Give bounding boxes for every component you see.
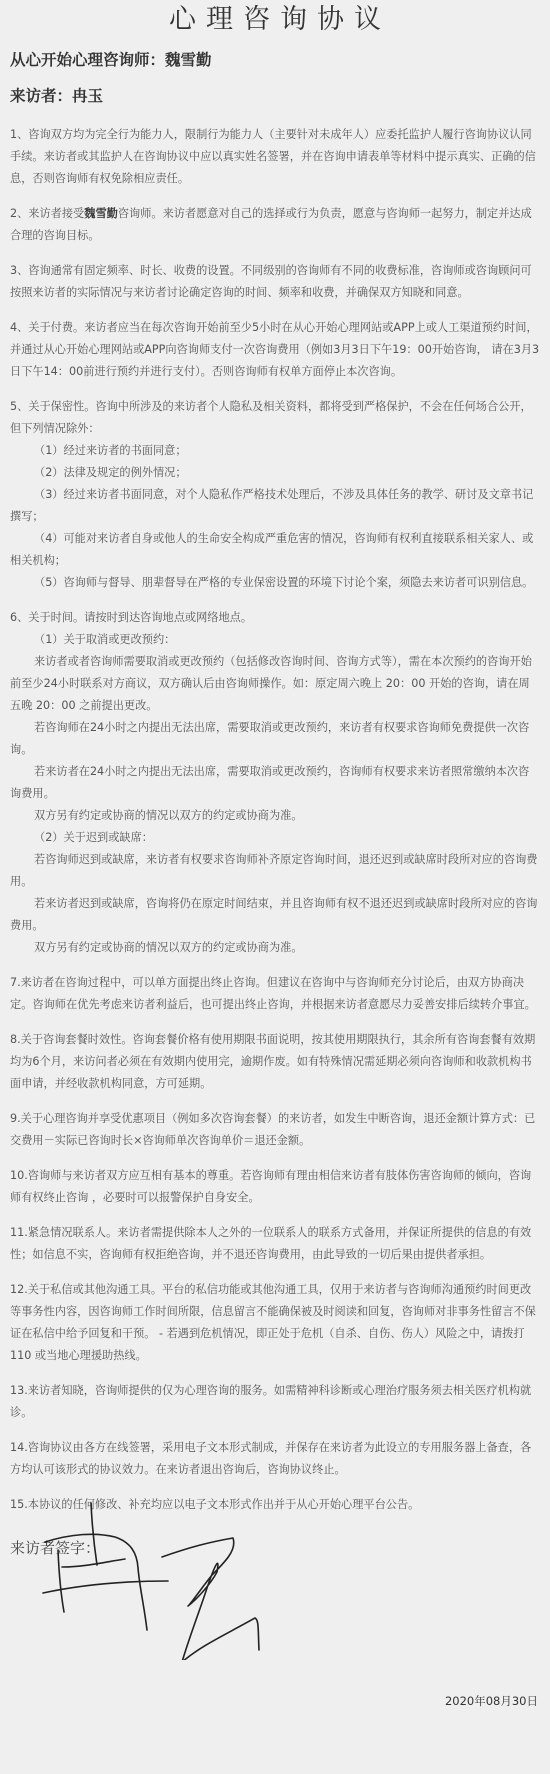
clause-4: 4、关于付费。来访者应当在每次咨询开始前至少5小时在从心开始心理网站或APP上或…	[10, 317, 540, 383]
clause-5-item: （4）可能对来访者自身或他人的生命安全构成严重危害的情况，咨询师有权利直接联系相…	[10, 528, 540, 572]
clause-14: 14.咨询协议由各方在线签署，采用电子文本形式制成，并保存在来访者为此设立的专用…	[10, 1437, 540, 1481]
clause-2: 2、来访者接受魏雪勤咨询师。来访者愿意对自己的选择或行为负责，愿意与咨询师一起努…	[10, 203, 540, 247]
clause-3: 3、咨询通常有固定频率、时长、收费的设置。不同级别的咨询师有不同的收费标准，咨询…	[10, 260, 540, 304]
clause-2-pre: 2、来访者接受	[10, 207, 84, 220]
clause-5: 5、关于保密性。咨询中所涉及的来访者个人隐私及相关资料，都将受到严格保护，不会在…	[10, 396, 540, 440]
clause-6-sub2-para: 若咨询师迟到或缺席，来访者有权要求咨询师补齐原定咨询时间，退还迟到或缺席时段所对…	[10, 849, 540, 893]
clause-6-sub2-title: （2）关于迟到或缺席：	[10, 827, 540, 849]
clause-5-item: （3）经过来访者书面同意，对个人隐私作严格技术处理后，不涉及具体任务的教学、研讨…	[10, 484, 540, 528]
clause-6-sub2-para: 双方另有约定或协商的情况以双方的约定或协商为准。	[10, 937, 540, 959]
counselor-line: 从心开始心理咨询师：魏雪勤	[0, 50, 550, 70]
clause-8: 8.关于咨询套餐时效性。咨询套餐价格有使用期限书面说明，按其使用期限执行，其余所…	[10, 1029, 540, 1095]
clause-7: 7.来访者在咨询过程中，可以单方面提出终止咨询。但建议在咨询中与咨询师充分讨论后…	[10, 972, 540, 1016]
clause-13: 13.来访者知晓，咨询师提供的仅为心理咨询的服务。如需精神科诊断或心理治疗服务须…	[10, 1380, 540, 1424]
clause-11: 11.紧急情况联系人。来访者需提供除本人之外的一位联系人的联系方式备用，并保证所…	[10, 1222, 540, 1266]
clause-1: 1、咨询双方均为完全行为能力人，限制行为能力人（主要针对未成年人）应委托监护人履…	[10, 124, 540, 190]
clause-9: 9.关于心理咨询并享受优惠项目（例如多次咨询套餐）的来访者，如发生中断咨询，退还…	[10, 1108, 540, 1152]
clause-6-sub1-para: 若来访者在24小时之内提出无法出席，需要取消或更改预约，咨询师有权要求来访者照常…	[10, 761, 540, 805]
client-line: 来访者：冉玉	[0, 86, 550, 106]
clause-5-item: （1）经过来访者的书面同意；	[10, 440, 540, 462]
agreement-body: 1、咨询双方均为完全行为能力人，限制行为能力人（主要针对未成年人）应委托监护人履…	[0, 124, 550, 1516]
clause-5-item: （5）咨询师与督导、朋辈督导在严格的专业保密设置的环境下讨论个案，须隐去来访者可…	[10, 572, 540, 594]
clause-5-item: （2）法律及规定的例外情况；	[10, 462, 540, 484]
clause-6-sub1-para: 双方另有约定或协商的情况以双方的约定或协商为准。	[10, 805, 540, 827]
page-title: 心理咨询协议	[0, 0, 550, 42]
signature-date: 2020年08月30日	[445, 1693, 538, 1709]
clause-6-sub2-para: 若来访者迟到或缺席，咨询将仍在原定时间结束，并且咨询师有权不退还迟到或缺席时段所…	[10, 893, 540, 937]
clause-6: 6、关于时间。请按时到达咨询地点或网络地点。	[10, 607, 540, 629]
clause-6-sub1-para: 来访者或者咨询师需要取消或更改预约（包括修改咨询时间、咨询方式等），需在本次预约…	[10, 651, 540, 717]
handwritten-signature	[40, 1490, 280, 1660]
clause-12: 12.关于私信或其他沟通工具。平台的私信功能或其他沟通工具，仅用于来访者与咨询师…	[10, 1279, 540, 1367]
clause-6-sub1-para: 若咨询师在24小时之内提出无法出席，需要取消或更改预约，来访者有权要求咨询师免费…	[10, 717, 540, 761]
clause-6-sub1-title: （1）关于取消或更改预约：	[10, 629, 540, 651]
clause-2-counselor-name: 魏雪勤	[84, 207, 118, 220]
clause-10: 10.咨询师与来访者双方应互相有基本的尊重。若咨询师有理由相信来访者有肢体伤害咨…	[10, 1165, 540, 1209]
